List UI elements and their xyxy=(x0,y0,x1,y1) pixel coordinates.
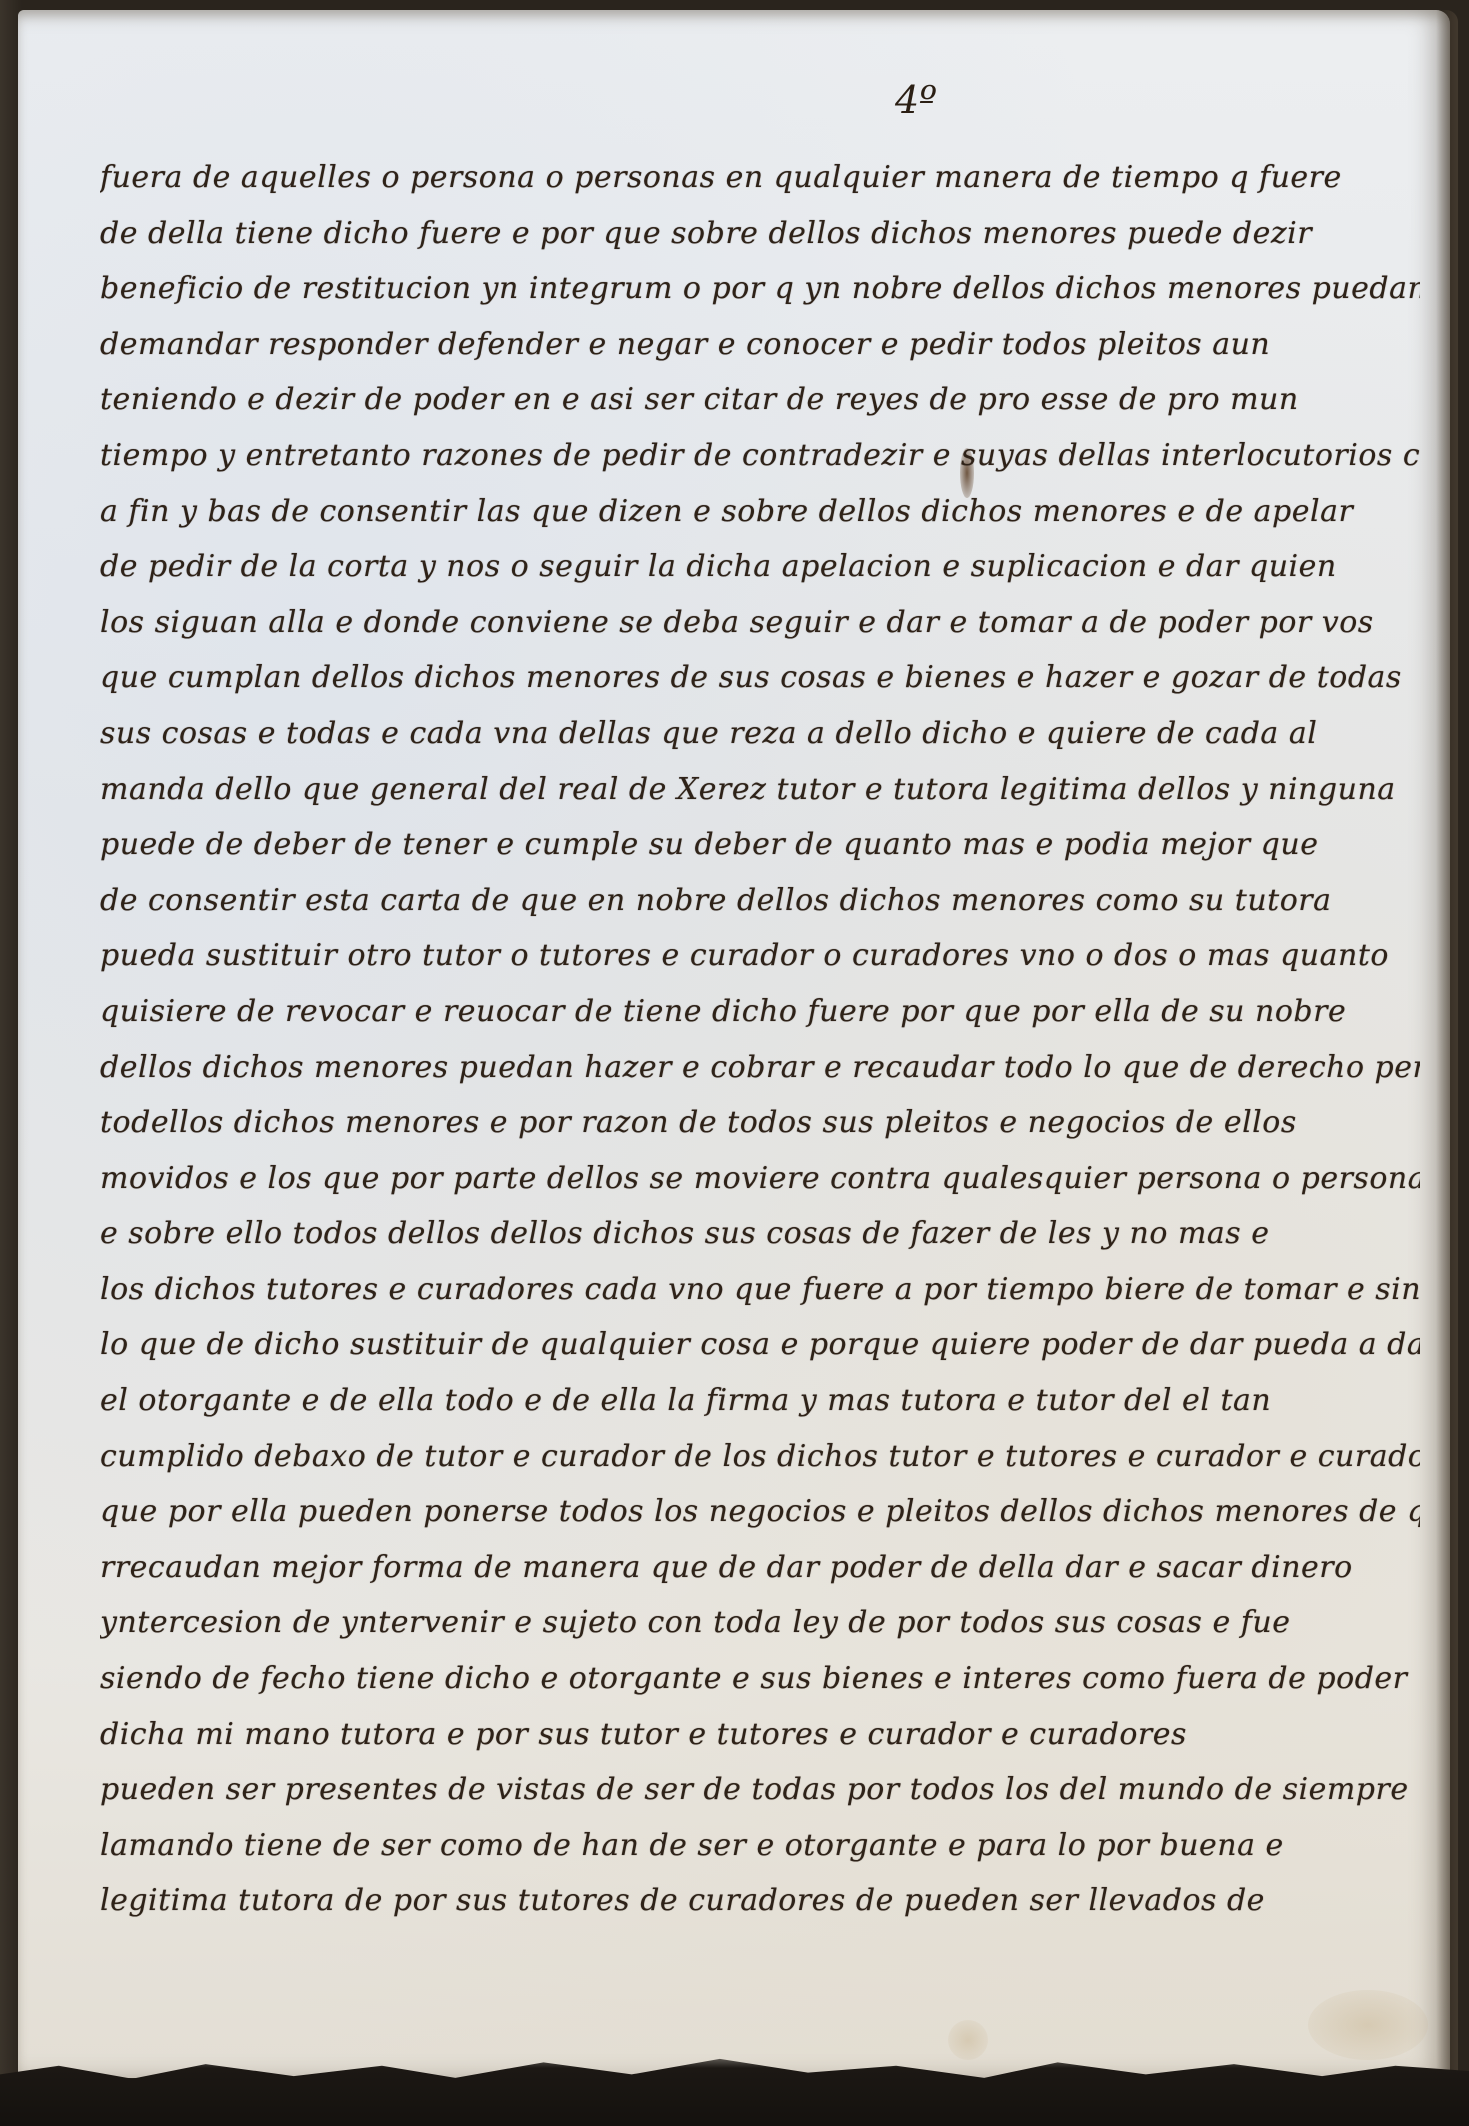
manuscript-line: demandar responder defender e negar e co… xyxy=(100,317,1420,373)
manuscript-line: yntercesion de yntervenir e sujeto con t… xyxy=(100,1595,1420,1651)
manuscript-line: e sobre ello todos dellos dellos dichos … xyxy=(100,1206,1420,1262)
manuscript-line: de consentir esta carta de que en nobre … xyxy=(100,873,1420,929)
manuscript-line: dellos dichos menores puedan hazer e cob… xyxy=(100,1040,1420,1096)
manuscript-line: puede de deber de tener e cumple su debe… xyxy=(100,817,1420,873)
manuscript-line: cumplido debaxo de tutor e curador de lo… xyxy=(100,1429,1420,1485)
manuscript-line: sus cosas e todas e cada vna dellas que … xyxy=(100,706,1420,762)
manuscript-line: rrecaudan mejor forma de manera que de d… xyxy=(100,1540,1420,1596)
manuscript-line: siendo de fecho tiene dicho e otorgante … xyxy=(100,1651,1420,1707)
manuscript-line: pueden ser presentes de vistas de ser de… xyxy=(100,1762,1420,1818)
paper-stain xyxy=(1308,1990,1428,2060)
manuscript-text-block: fuera de aquelles o persona o personas e… xyxy=(100,150,1420,1929)
manuscript-line: los siguan alla e donde conviene se deba… xyxy=(100,595,1420,651)
folio-number: 4º xyxy=(895,78,937,122)
manuscript-line: de pedir de la corta y nos o seguir la d… xyxy=(100,539,1420,595)
manuscript-line: todellos dichos menores e por razon de t… xyxy=(100,1095,1420,1151)
manuscript-line: teniendo e dezir de poder en e asi ser c… xyxy=(100,372,1420,428)
paper-stain xyxy=(948,2020,988,2060)
manuscript-line: dicha mi mano tutora e por sus tutor e t… xyxy=(100,1707,1420,1763)
manuscript-line: tiempo y entretanto razones de pedir de … xyxy=(100,428,1420,484)
manuscript-line: lo que de dicho sustituir de qualquier c… xyxy=(100,1317,1420,1373)
manuscript-line: beneficio de restitucion yn integrum o p… xyxy=(100,261,1420,317)
manuscript-line: fuera de aquelles o persona o personas e… xyxy=(100,150,1420,206)
manuscript-line: que cumplan dellos dichos menores de sus… xyxy=(100,650,1420,706)
manuscript-line: manda dello que general del real de Xere… xyxy=(100,762,1420,818)
manuscript-line: el otorgante e de ella todo e de ella la… xyxy=(100,1373,1420,1429)
manuscript-line: movidos e los que por parte dellos se mo… xyxy=(100,1151,1420,1207)
manuscript-scan: 4º fuera de aquelles o persona o persona… xyxy=(0,0,1469,2126)
manuscript-line: legitima tutora de por sus tutores de cu… xyxy=(100,1873,1420,1929)
manuscript-line: lamando tiene de ser como de han de ser … xyxy=(100,1818,1420,1874)
manuscript-line: de della tiene dicho fuere e por que sob… xyxy=(100,206,1420,262)
manuscript-line: a fin y bas de consentir las que dizen e… xyxy=(100,484,1420,540)
manuscript-line: quisiere de revocar e reuocar de tiene d… xyxy=(100,984,1420,1040)
manuscript-line: pueda sustituir otro tutor o tutores e c… xyxy=(100,928,1420,984)
manuscript-line: los dichos tutores e curadores cada vno … xyxy=(100,1262,1420,1318)
manuscript-line: que por ella pueden ponerse todos los ne… xyxy=(100,1484,1420,1540)
